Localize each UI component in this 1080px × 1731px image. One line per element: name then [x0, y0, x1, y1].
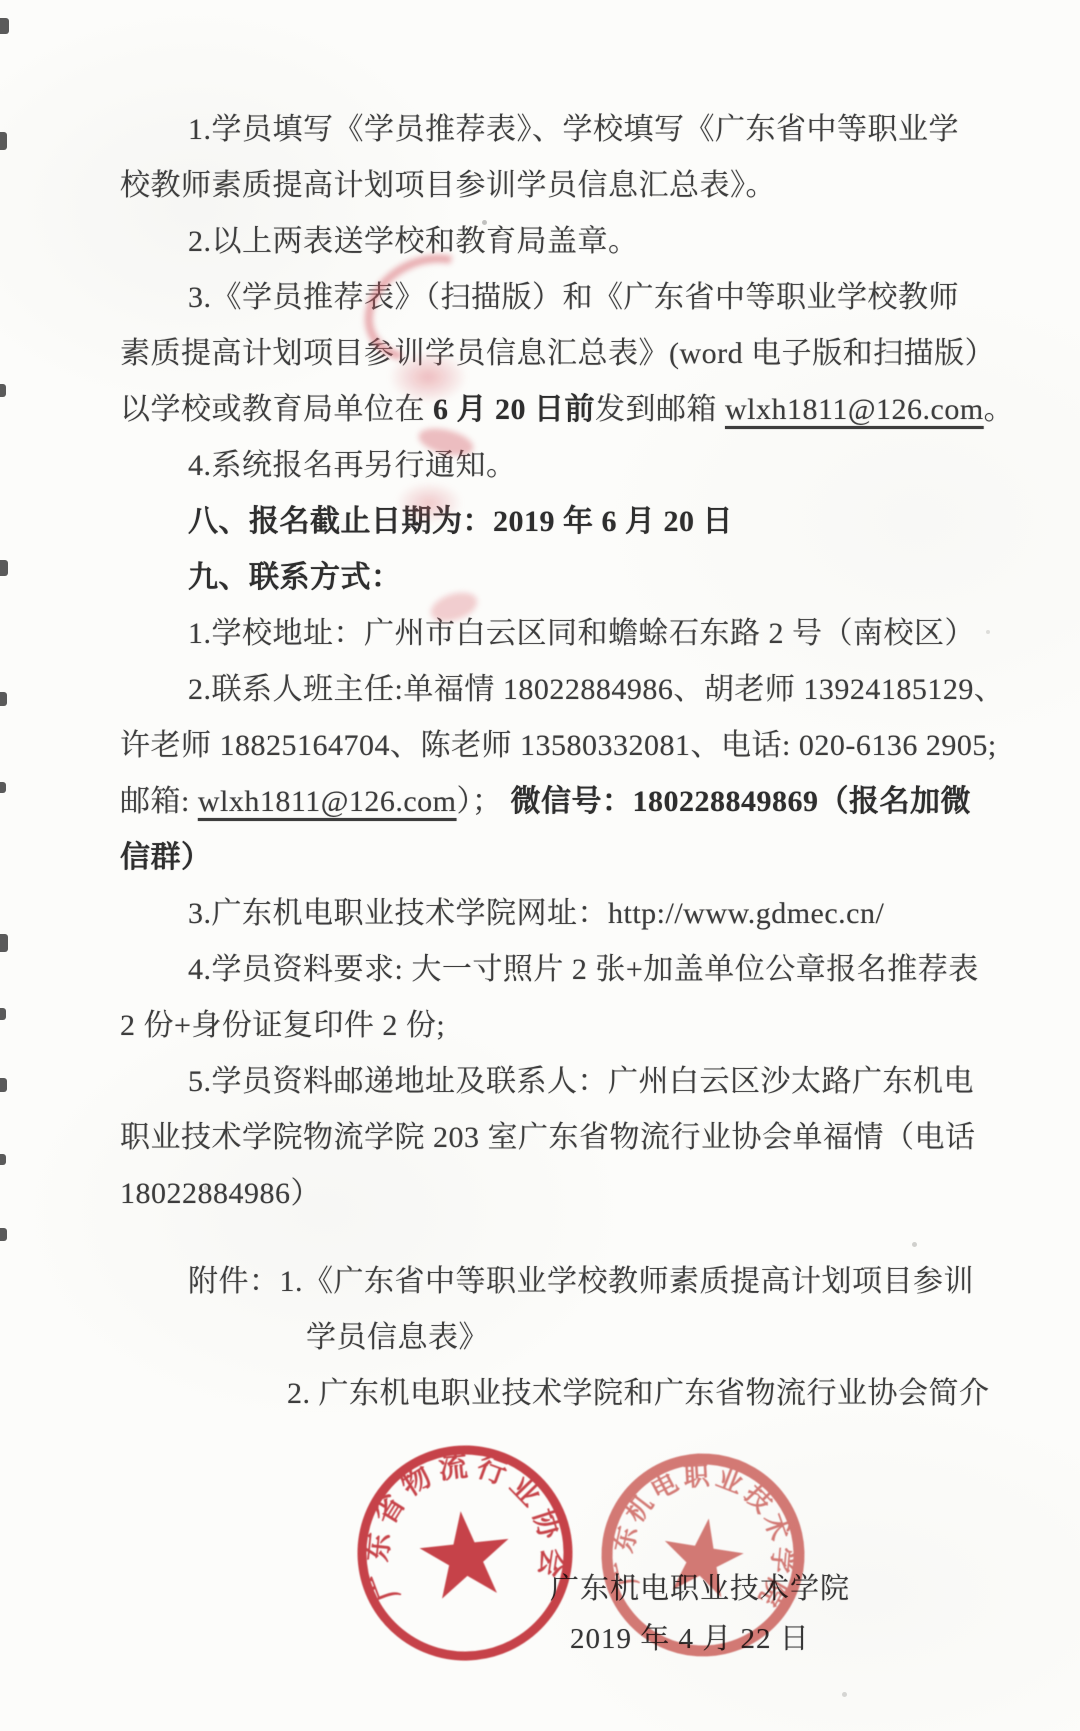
doc-line: 信群） — [120, 830, 988, 886]
doc-line: 1.学校地址：广州市白云区同和蟾蜍石东路 2 号（南校区） — [120, 606, 988, 662]
email-address: wlxh1811@126.com — [198, 785, 457, 818]
dust-speck — [482, 220, 487, 225]
doc-line: 许老师 18825164704、陈老师 13580332081、电话: 020-… — [120, 718, 988, 774]
doc-text: 。 — [984, 393, 1015, 426]
scan-edge-mark — [0, 132, 7, 150]
ink-bleed-mark — [396, 482, 462, 524]
scan-edge-mark — [0, 782, 6, 793]
doc-text: 素质提高计划项目参训学员信息汇总表》(word 电子版和扫描版） — [120, 337, 995, 370]
attachment-item-1: 1.《广东省中等职业学校教师素质提高计划项目参训 — [280, 1265, 975, 1298]
attachments-block: 附件：1.《广东省中等职业学校教师素质提高计划项目参训 学员信息表》 2. 广东… — [120, 1254, 988, 1422]
doc-line: 1.学员填写《学员推荐表》、学校填写《广东省中等职业学 — [120, 102, 988, 158]
doc-text: 1.学员填写《学员推荐表》、学校填写《广东省中等职业学 — [188, 113, 959, 146]
ink-bleed-mark — [388, 350, 468, 404]
scan-edge-mark — [0, 1078, 7, 1092]
doc-line: 18022884986） — [120, 1166, 988, 1222]
doc-text: 2.以上两表送学校和教育局盖章。 — [188, 225, 639, 258]
doc-text: 发到邮箱 — [595, 393, 725, 426]
doc-text: ）； — [457, 785, 511, 818]
wechat-emphasis: 微信号：180228849869（报名加微 — [511, 785, 972, 818]
doc-text: 九、联系方式： — [188, 561, 402, 594]
doc-line: 4.系统报名再另行通知。 — [120, 438, 988, 494]
section-heading-deadline: 八、报名截止日期为：2019 年 6 月 20 日 — [120, 494, 988, 550]
doc-text: 校教师素质提高计划项目参训学员信息汇总表》。 — [120, 169, 776, 202]
scanned-document-page: 1.学员填写《学员推荐表》、学校填写《广东省中等职业学 校教师素质提高计划项目参… — [0, 0, 1080, 1731]
doc-text: 职业技术学院物流学院 203 室广东省物流行业协会单福情（电话 — [120, 1121, 976, 1154]
official-seal-gdmec: 广东机电职业技术学院 — [581, 1433, 826, 1678]
doc-line: 职业技术学院物流学院 203 室广东省物流行业协会单福情（电话 — [120, 1110, 988, 1166]
attachment-item-2: 2. 广东机电职业技术学院和广东省物流行业协会简介 — [287, 1377, 990, 1410]
doc-line: 校教师素质提高计划项目参训学员信息汇总表》。 — [120, 158, 988, 214]
deadline-emphasis: 6 月 20 日前 — [433, 393, 595, 426]
official-seal-logistics-association: 广东省物流行业协会 — [339, 1427, 592, 1680]
doc-text: 2 份+身份证复印件 2 份; — [120, 1009, 445, 1042]
doc-text: 3.广东机电职业技术学院网址：http://www.gdmec.cn/ — [188, 897, 884, 930]
section-heading-contact: 九、联系方式： — [120, 550, 988, 606]
scan-edge-mark — [0, 1154, 6, 1165]
doc-line: 4.学员资料要求: 大一寸照片 2 张+加盖单位公章报名推荐表 — [120, 942, 988, 998]
attachment-line: 附件：1.《广东省中等职业学校教师素质提高计划项目参训 — [120, 1254, 988, 1310]
scan-edge-mark — [0, 1228, 7, 1241]
doc-line: 5.学员资料邮递地址及联系人：广州白云区沙太路广东机电 — [120, 1054, 988, 1110]
scan-edge-mark — [0, 560, 8, 576]
attachment-item-1-cont: 学员信息表》 — [306, 1321, 489, 1354]
doc-text: 2.联系人班主任:单福情 18022884986、胡老师 13924185129… — [188, 673, 1004, 706]
scan-edge-mark — [0, 934, 8, 952]
scan-edge-mark — [0, 384, 6, 397]
doc-text: 以学校或教育局单位在 — [120, 393, 433, 426]
email-address: wlxh1811@126.com — [725, 393, 984, 426]
scan-edge-mark — [0, 18, 9, 34]
doc-line: 邮箱: wlxh1811@126.com）； 微信号：180228849869（… — [120, 774, 988, 830]
star-icon — [657, 1512, 748, 1600]
doc-text: 邮箱: — [120, 785, 198, 818]
doc-line: 3.《学员推荐表》（扫描版）和《广东省中等职业学校教师 — [120, 270, 988, 326]
attachment-label: 附件： — [188, 1265, 280, 1298]
doc-text: 5.学员资料邮递地址及联系人：广州白云区沙太路广东机电 — [188, 1065, 974, 1098]
doc-line: 2.联系人班主任:单福情 18022884986、胡老师 13924185129… — [120, 662, 988, 718]
dust-speck — [842, 1692, 847, 1697]
doc-line: 以学校或教育局单位在 6 月 20 日前发到邮箱 wlxh1811@126.co… — [120, 382, 988, 438]
doc-text: 3.《学员推荐表》（扫描版）和《广东省中等职业学校教师 — [188, 281, 959, 314]
dust-speck — [986, 630, 990, 634]
document-body: 1.学员填写《学员推荐表》、学校填写《广东省中等职业学 校教师素质提高计划项目参… — [120, 102, 988, 1422]
doc-text: 信群） — [120, 841, 212, 874]
doc-text: 许老师 18825164704、陈老师 13580332081、电话: 020-… — [120, 729, 997, 762]
doc-line: 3.广东机电职业技术学院网址：http://www.gdmec.cn/ — [120, 886, 988, 942]
scan-edge-mark — [0, 692, 7, 706]
attachment-line: 学员信息表》 — [120, 1310, 988, 1366]
doc-text: 18022884986） — [120, 1177, 321, 1210]
doc-line: 2 份+身份证复印件 2 份; — [120, 998, 988, 1054]
doc-line: 2.以上两表送学校和教育局盖章。 — [120, 214, 988, 270]
attachment-line: 2. 广东机电职业技术学院和广东省物流行业协会简介 — [120, 1366, 988, 1422]
star-icon — [416, 1507, 514, 1601]
dust-speck — [912, 1242, 917, 1247]
dust-speck — [204, 1186, 208, 1190]
scan-edge-mark — [0, 1008, 6, 1020]
doc-text: 1.学校地址：广州市白云区同和蟾蜍石东路 2 号（南校区） — [188, 617, 975, 650]
doc-text: 4.学员资料要求: 大一寸照片 2 张+加盖单位公章报名推荐表 — [188, 953, 979, 986]
doc-text: 八、报名截止日期为：2019 年 6 月 20 日 — [188, 505, 733, 538]
doc-line: 素质提高计划项目参训学员信息汇总表》(word 电子版和扫描版） — [120, 326, 988, 382]
